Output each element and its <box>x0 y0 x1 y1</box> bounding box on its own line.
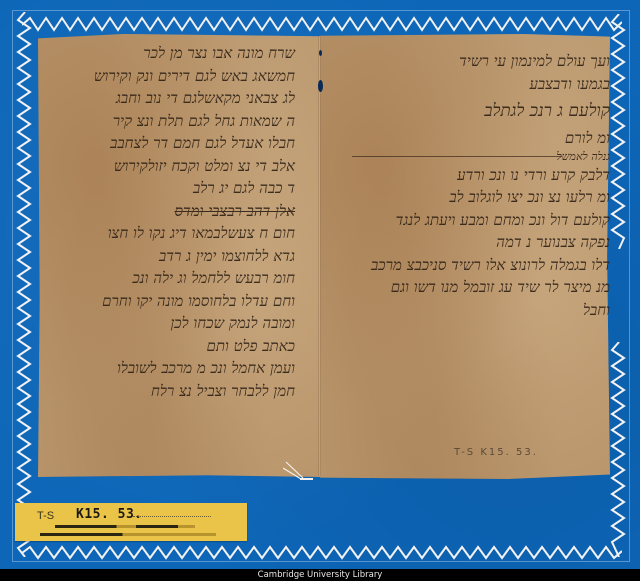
manuscript-line: אלב די נצ ומלט וקכח יזולקירוש <box>25 155 295 178</box>
right-page-text: ועך עולם למינמון עי רשיד בגמעו ודבצבע קו… <box>340 50 610 321</box>
zigzag-stitching-top <box>22 16 622 34</box>
manuscript-line: דלבק קרע ורדי נו ונכ ורדע <box>340 164 610 187</box>
manuscript-line: ועמן אחמל ונכ מ מרכב לשובלו <box>25 357 295 380</box>
blue-mount-board: שרח מונה אבו נצר מן לכר חמשאג באש לגם די… <box>0 0 640 569</box>
manuscript-line: ומובה לנמק שכחו לכן <box>25 312 295 335</box>
label-bar-lower <box>40 533 216 536</box>
manuscript-line: נפקה צבנוער נ דמה <box>340 231 610 254</box>
manuscript-line: ועך עולם למינמון עי רשיד <box>340 50 610 73</box>
manuscript-line: ומ רלעו נצ ונכ יצו לוגלוב לב <box>340 186 610 209</box>
manuscript-line: שרח מונה אבו נצר מן לכר <box>25 42 295 65</box>
manuscript-line: קולעם ג רנכ לגתלב <box>340 95 610 127</box>
manuscript-line: לג צבאני מקאשלגם די נוב וחבג <box>25 87 295 110</box>
left-page-text: שרח מונה אבו נצר מן לכר חמשאג באש לגם די… <box>25 42 295 402</box>
manuscript-fold <box>318 36 321 476</box>
manuscript-line: חום ח צעשלבמאו דיג נקו לו חצו <box>25 222 295 245</box>
manuscript-line: מנ מיצר לר שיד עג זובמל מנו דשו וגם <box>340 276 610 299</box>
zigzag-stitching-bottom <box>22 545 622 561</box>
manuscript-line: בגמעו ודבצבע <box>340 73 610 96</box>
manuscript-line: ה שמאות גחל לגם תלת ונצ קיר <box>25 110 295 133</box>
manuscript-line: כאתב פלט ותם <box>25 335 295 358</box>
manuscript-line: דלו בגמלה לרונוצ אלו רשיד סניכבצ מרכב <box>340 254 610 277</box>
manuscript-line: וחבל <box>340 299 610 322</box>
manuscript-line: חומ רבעש ללחמל וג ילה ונכ <box>25 267 295 290</box>
paper-hole <box>319 50 322 56</box>
shelfmark-number: K15. 53. <box>76 507 143 522</box>
manuscript-line-struck: אלן דהב רבצבי ומדס <box>25 200 295 223</box>
zigzag-stitching-right-upper <box>610 14 628 249</box>
shelfmark-prefix: T-S <box>37 510 54 522</box>
library-credit: Cambridge University Library <box>0 570 640 580</box>
manuscript-line: חמשאג באש לגם דירים ונק וקירוש <box>25 65 295 88</box>
manuscript-line: גדא ללחוצמו ימין ג רדב <box>25 245 295 268</box>
shelfmark-label: T-S K15. 53. <box>15 503 247 541</box>
shelfmark-dotted-line <box>133 516 211 517</box>
loose-thread <box>283 460 313 482</box>
pencil-shelfmark: T-S K15. 53. <box>454 447 538 458</box>
manuscript-line: ד כבה לגם יג רלב <box>25 177 295 200</box>
manuscript-line: חבלו אעדל לגם חמם דר לצחבב <box>25 132 295 155</box>
zigzag-stitching-right-lower <box>610 342 628 557</box>
ruled-line <box>352 156 562 157</box>
manuscript-line: ומ לורם <box>340 127 610 150</box>
manuscript-line: וחם עדלו בלחוסמו מונה יקו וחרם <box>25 290 295 313</box>
paper-hole <box>318 80 323 92</box>
manuscript-line: קולעם דול ונכ ומחם ומבע ויעתג לנגד <box>340 209 610 232</box>
manuscript-line: חמן ללבחר וצביל נצ רלח <box>25 380 295 403</box>
label-bar-upper <box>55 525 195 528</box>
